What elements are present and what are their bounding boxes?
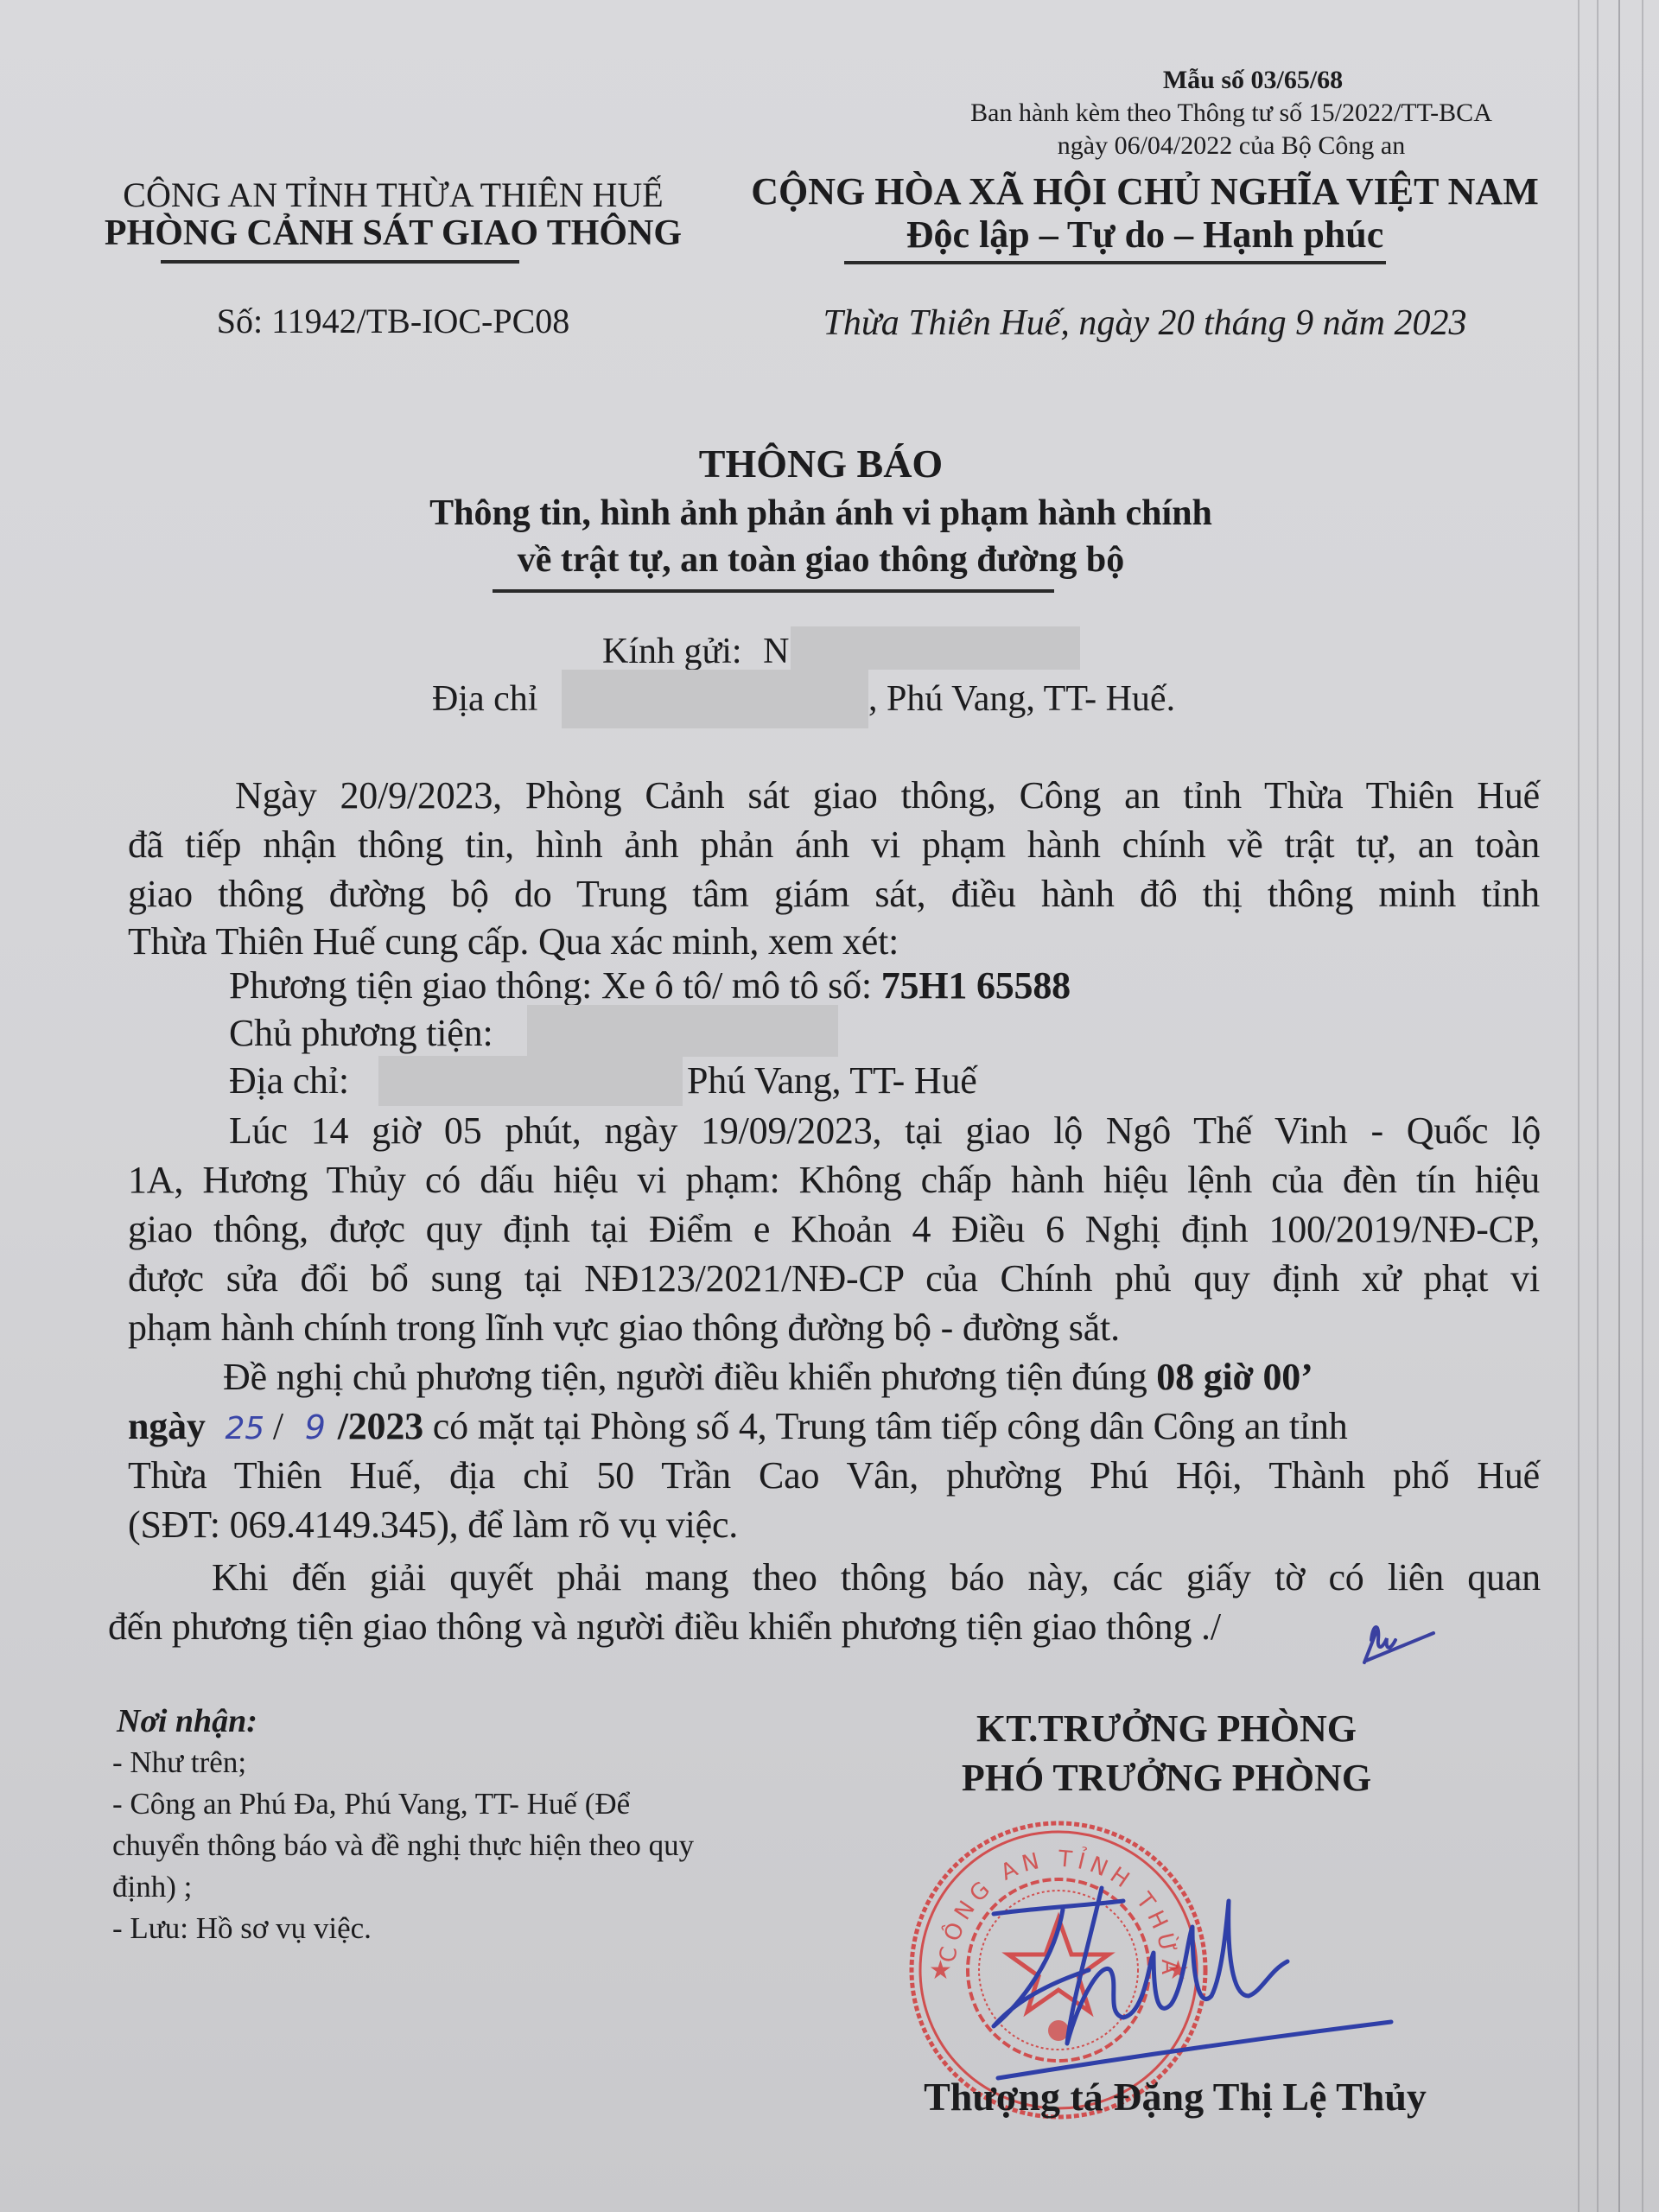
owner-address-suffix: Phú Vang, TT- Huế	[687, 1058, 977, 1103]
recipient-item-5: - Lưu: Hồ sơ vụ việc.	[112, 1911, 372, 1946]
notice-subtitle-1: Thông tin, hình ảnh phản ánh vi phạm hàn…	[346, 493, 1296, 534]
agency-department: PHÒNG CẢNH SÁT GIAO THÔNG	[86, 213, 700, 254]
body-p4-line-2: đến phương tiện giao thông và người điều…	[108, 1605, 1221, 1649]
signature-title-2: PHÓ TRƯỞNG PHÒNG	[907, 1756, 1426, 1800]
body-p3-line-1: Đề nghị chủ phương tiện, người điều khiể…	[223, 1355, 1313, 1399]
recipient-to-label: Kính gửi: N	[602, 631, 789, 672]
body-p2-line-4: được sửa đổi bổ sung tại NĐ123/2021/NĐ-C…	[128, 1256, 1540, 1300]
redacted-owner-name	[527, 1005, 838, 1057]
place-date: Thừa Thiên Huế, ngày 20 tháng 9 năm 2023	[734, 302, 1555, 344]
handwritten-day: 25	[225, 1411, 264, 1446]
body-p2-line-3: giao thông, được quy định tại Điểm e Kho…	[128, 1207, 1540, 1251]
vehicle-line: Phương tiện giao thông: Xe ô tô/ mô tô s…	[229, 963, 1071, 1007]
initials-mark-icon	[1361, 1614, 1439, 1666]
recipient-item-2: - Công an Phú Đa, Phú Vang, TT- Huế (Để	[112, 1787, 630, 1821]
p3-text: Đề nghị chủ phương tiện, người điều khiể…	[223, 1356, 1156, 1398]
body-p3-line-2: ngày 25/ 9/2023 có mặt tại Phòng số 4, T…	[128, 1404, 1348, 1448]
form-number: Mẫu số 03/65/68	[1123, 66, 1382, 95]
national-title: CỘNG HÒA XÃ HỘI CHỦ NGHĨA VIỆT NAM	[734, 169, 1555, 213]
agency-parent: CÔNG AN TỈNH THỪA THIÊN HUẾ	[86, 175, 700, 215]
recipients-heading: Nơi nhận:	[117, 1702, 257, 1740]
handwritten-month: 9	[305, 1408, 326, 1446]
body-p2-line-1: Lúc 14 giờ 05 phút, ngày 19/09/2023, tại…	[229, 1109, 1541, 1153]
notice-title: THÔNG BÁO	[346, 441, 1296, 486]
notice-subtitle-2: về trật tự, an toàn giao thông đường bộ	[346, 539, 1296, 581]
to-value: N	[763, 632, 789, 671]
paper-edge	[1618, 0, 1620, 2212]
agency-underline	[161, 260, 519, 264]
body-p1-line-3: giao thông đường bộ do Trung tâm giám sá…	[128, 872, 1540, 916]
p3-line2-rest: có mặt tại Phòng số 4, Trung tâm tiếp cô…	[423, 1405, 1348, 1447]
body-p1-line-2: đã tiếp nhận thông tin, hình ảnh phản án…	[128, 823, 1540, 867]
owner-address-label: Địa chỉ:	[229, 1058, 349, 1103]
redacted-owner-address	[378, 1056, 683, 1106]
recipient-item-1: - Như trên;	[112, 1745, 246, 1780]
national-motto: Độc lập – Tự do – Hạnh phúc	[734, 213, 1555, 257]
paper-edge	[1642, 0, 1643, 2212]
signature-icon	[959, 1866, 1443, 2108]
recipient-address-suffix: , Phú Vang, TT- Huế.	[868, 678, 1175, 720]
body-p4-line-1: Khi đến giải quyết phải mang theo thông …	[212, 1555, 1541, 1599]
body-p2-line-5: phạm hành chính trong lĩnh vực giao thôn…	[128, 1306, 1120, 1350]
motto-underline	[844, 261, 1386, 264]
body-p1-line-1: Ngày 20/9/2023, Phòng Cảnh sát giao thôn…	[235, 773, 1540, 817]
vehicle-plate: 75H1 65588	[881, 964, 1071, 1007]
recipient-address-label: Địa chỉ	[432, 678, 537, 720]
title-underline	[493, 589, 1054, 593]
redacted-recipient-name	[791, 626, 1080, 670]
form-issued-with: Ban hành kèm theo Thông tư số 15/2022/TT…	[929, 99, 1534, 128]
appointment-time: 08 giờ 00’	[1156, 1356, 1313, 1398]
body-p3-line-3: Thừa Thiên Huế, địa chỉ 50 Trần Cao Vân,…	[128, 1453, 1540, 1497]
paper-edge	[1578, 0, 1580, 2212]
svg-text:★: ★	[929, 1956, 952, 1985]
recipient-item-3: chuyển thông báo và đề nghị thực hiện th…	[112, 1828, 694, 1863]
vehicle-label: Phương tiện giao thông: Xe ô tô/ mô tô s…	[229, 964, 881, 1007]
appointment-year: /2023	[338, 1405, 423, 1447]
redacted-recipient-address	[562, 670, 868, 728]
paper-edge	[1597, 0, 1599, 2212]
document-number: Số: 11942/TB-IOC-PC08	[86, 301, 700, 341]
body-p2-line-2: 1A, Hương Thủy có dấu hiệu vi phạm: Khôn…	[128, 1158, 1540, 1202]
owner-label: Chủ phương tiện:	[229, 1011, 493, 1055]
body-p1-line-4: Thừa Thiên Huế cung cấp. Qua xác minh, x…	[128, 919, 899, 963]
recipient-item-4: định) ;	[112, 1870, 192, 1904]
to-label: Kính gửi:	[602, 632, 742, 671]
form-issued-date: ngày 06/04/2022 của Bộ Công an	[929, 131, 1534, 161]
signer-name: Thượng tá Đặng Thị Lệ Thủy	[864, 2074, 1486, 2120]
document-page: Mẫu số 03/65/68 Ban hành kèm theo Thông …	[0, 0, 1659, 2212]
body-p3-line-4: (SĐT: 069.4149.345), để làm rõ vụ việc.	[128, 1503, 738, 1547]
signature-title-1: KT.TRƯỞNG PHÒNG	[907, 1707, 1426, 1751]
day-label: ngày	[128, 1405, 206, 1447]
